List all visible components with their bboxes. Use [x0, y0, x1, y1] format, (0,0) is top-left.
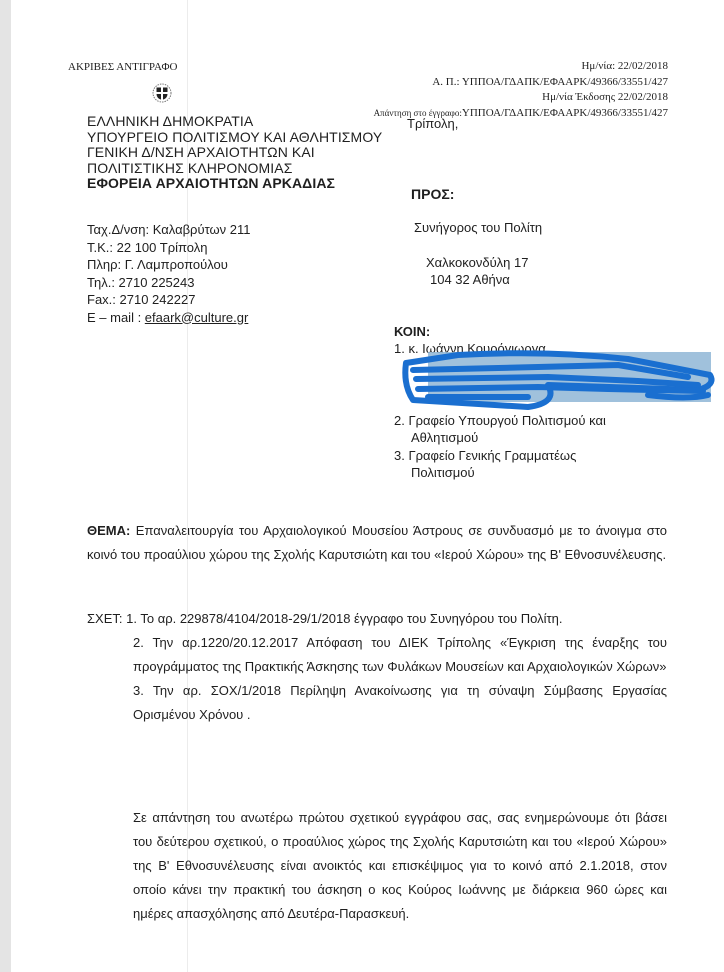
- redaction-scribble: [398, 345, 718, 415]
- issue-date: Ημ/νία Έκδοσης 22/02/2018: [374, 90, 668, 106]
- contact-phone: Τηλ.: 2710 225243: [87, 274, 251, 292]
- related-item: ΣΧΕΤ: 1. Το αρ. 229878/4104/2018-29/1/20…: [87, 607, 667, 631]
- cc-item-cont: Πολιτισμού: [394, 464, 606, 482]
- sender-header: ΕΛΛΗΝΙΚΗ ΔΗΜΟΚΡΑΤΙΑ ΥΠΟΥΡΓΕΙΟ ΠΟΛΙΤΙΣΜΟΥ…: [87, 114, 382, 192]
- reply-reference: ΥΠΠΟΑ/ΓΔΑΠΚ/ΕΦΑΑΡΚ/49366/33551/427: [462, 107, 668, 119]
- contact-postal: Τ.Κ.: 22 100 Τρίπολη: [87, 239, 251, 257]
- place-of-issue: Τρίπολη,: [407, 116, 458, 131]
- subject-paragraph: ΘΕΜΑ: Επαναλειτουργία του Αρχαιολογικού …: [87, 519, 667, 567]
- related-item: 3. Την αρ. ΣΟΧ/1/2018 Περίληψη Ανακοίνωσ…: [87, 679, 667, 727]
- contact-fax: Fax.: 2710 242227: [87, 291, 251, 309]
- cc-label: ΚΟΙΝ:: [394, 324, 430, 339]
- protocol-number: Α. Π.: ΥΠΠΟΑ/ΓΔΑΠΚ/ΕΦΑΑΡΚ/49366/33551/42…: [374, 75, 668, 91]
- document-date: Ημ/νία: 22/02/2018: [374, 59, 668, 75]
- scan-edge: [0, 0, 11, 972]
- contact-address: Ταχ.Δ/νση: Καλαβρύτων 211: [87, 221, 251, 239]
- recipient-street: Χαλκοκονδύλη 17: [426, 255, 528, 272]
- recipient-address: Χαλκοκονδύλη 17 104 32 Αθήνα: [426, 255, 528, 288]
- cc-item-cont: Αθλητισμού: [394, 429, 606, 447]
- sender-line: ΕΛΛΗΝΙΚΗ ΔΗΜΟΚΡΑΤΙΑ: [87, 114, 382, 130]
- cc-item: 3. Γραφείο Γενικής Γραμματέως: [394, 447, 606, 465]
- document-metadata: Ημ/νία: 22/02/2018 Α. Π.: ΥΠΠΟΑ/ΓΔΑΠΚ/ΕΦ…: [374, 59, 668, 121]
- recipient-name: Συνήγορος του Πολίτη: [414, 220, 542, 235]
- email-link[interactable]: efaark@culture.gr: [145, 310, 249, 325]
- related-documents: ΣΧΕΤ: 1. Το αρ. 229878/4104/2018-29/1/20…: [87, 607, 667, 727]
- sender-line: ΓΕΝΙΚΗ Δ/ΝΣΗ ΑΡΧΑΙΟΤΗΤΩΝ ΚΑΙ: [87, 145, 382, 161]
- sender-line: ΠΟΛΙΤΙΣΤΙΚΗΣ ΚΛΗΡΟΝΟΜΙΑΣ: [87, 161, 382, 177]
- email-label: Ε – mail :: [87, 310, 145, 325]
- to-label: ΠΡΟΣ:: [411, 186, 454, 202]
- greek-coat-of-arms-icon: [152, 83, 172, 103]
- sender-line: ΥΠΟΥΡΓΕΙΟ ΠΟΛΙΤΙΣΜΟΥ ΚΑΙ ΑΘΛΗΤΙΣΜΟΥ: [87, 130, 382, 146]
- body-text: Σε απάντηση του ανωτέρω πρώτου σχετικού …: [87, 806, 667, 926]
- related-item: 2. Την αρ.1220/20.12.2017 Απόφαση του ΔΙ…: [87, 631, 667, 679]
- contact-info: Πληρ: Γ. Λαμπροπούλου: [87, 256, 251, 274]
- subject-label: ΘΕΜΑ:: [87, 523, 130, 538]
- recipient-city: 104 32 Αθήνα: [426, 272, 528, 289]
- body-paragraph: Σε απάντηση του ανωτέρω πρώτου σχετικού …: [87, 806, 667, 926]
- sender-contact: Ταχ.Δ/νση: Καλαβρύτων 211 Τ.Κ.: 22 100 Τ…: [87, 221, 251, 326]
- sender-office: ΕΦΟΡΕΙΑ ΑΡΧΑΙΟΤΗΤΩΝ ΑΡΚΑΔΙΑΣ: [87, 176, 382, 192]
- subject-text: Επαναλειτουργία του Αρχαιολογικού Μουσεί…: [87, 523, 667, 562]
- certified-copy-label: ΑΚΡΙΒΕΣ ΑΝΤΙΓΡΑΦΟ: [68, 61, 178, 73]
